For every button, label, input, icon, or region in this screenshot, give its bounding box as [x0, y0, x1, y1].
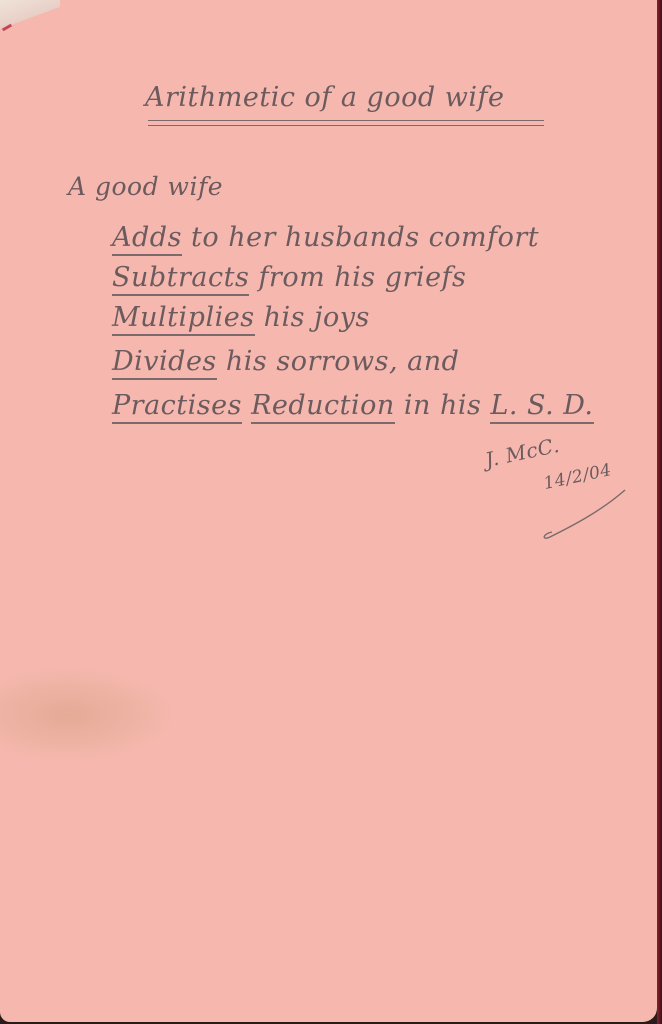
verb-adds: Adds	[112, 222, 182, 256]
title-underline-1	[148, 120, 544, 121]
lsd-abbreviation: L. S. D.	[490, 390, 593, 424]
poem-line-multiplies: Multiplies his joys	[112, 302, 370, 333]
verb-practises: Practises	[112, 390, 242, 424]
verb-reduction: Reduction	[251, 390, 395, 424]
spacer	[242, 390, 251, 421]
line-text: to her husbands comfort	[182, 222, 539, 253]
document-title: Arithmetic of a good wife	[145, 82, 504, 113]
verb-divides: Divides	[112, 346, 217, 380]
line-text: his joys	[255, 302, 370, 333]
page-edge	[657, 0, 662, 1024]
poem-line-practises: Practises Reduction in his L. S. D.	[112, 390, 594, 421]
poem-line-adds: Adds to her husbands comfort	[112, 222, 539, 253]
verb-multiplies: Multiplies	[112, 302, 255, 336]
signature-flourish	[540, 482, 630, 552]
line-text: his sorrows, and	[217, 346, 460, 377]
signature-initials: J. McC.	[483, 433, 562, 472]
verb-subtracts: Subtracts	[112, 262, 249, 296]
poem-line-divides: Divides his sorrows, and	[112, 346, 459, 377]
handwritten-page: Arithmetic of a good wife A good wife Ad…	[0, 0, 657, 1022]
poem-line-subtracts: Subtracts from his griefs	[112, 262, 466, 293]
salutation: A good wife	[68, 172, 223, 201]
line-text: from his griefs	[249, 262, 466, 293]
paper-stain	[0, 670, 170, 760]
line-text: in his	[395, 390, 491, 421]
title-underline-2	[148, 125, 544, 126]
